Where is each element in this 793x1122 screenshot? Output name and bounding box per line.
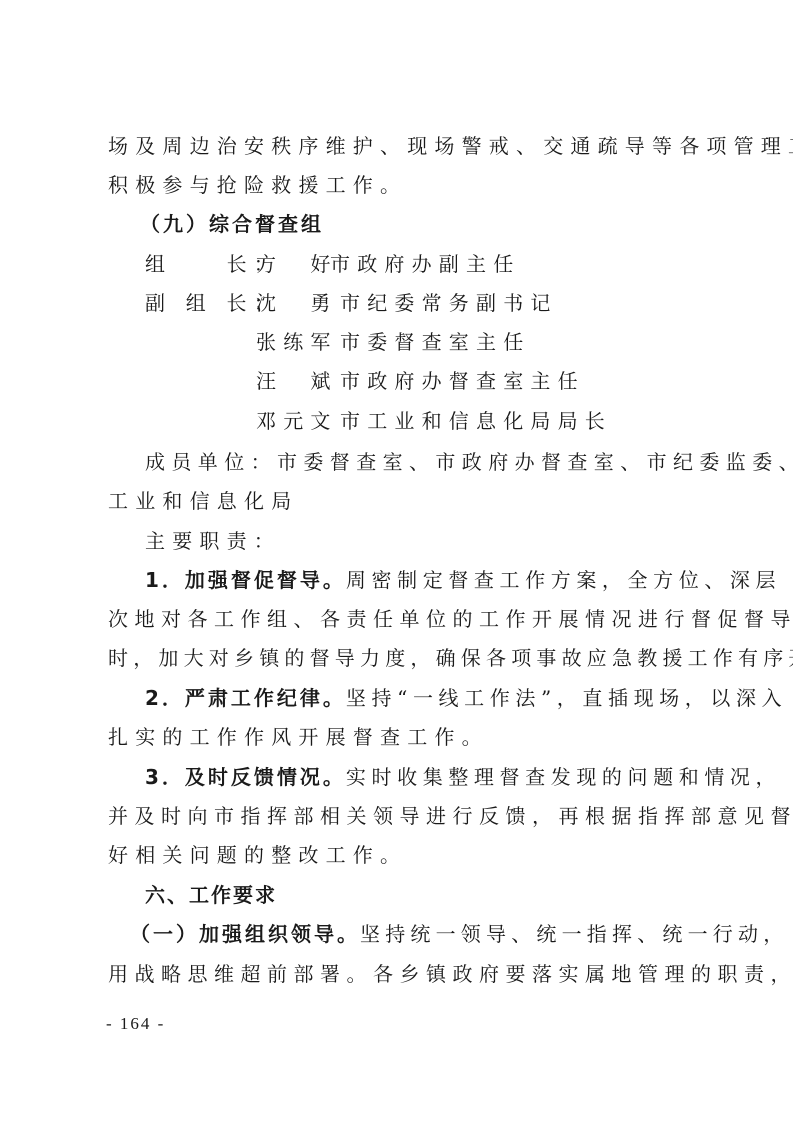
paragraph-line: 积极参与抢险救援工作。 [108,173,688,197]
paragraph-line: 并及时向市指挥部相关领导进行反馈，再根据指挥部意见督促抓 [108,804,688,828]
leader-name: 方 好 [256,252,338,276]
duty-text: 实时收集整理督查发现的问题和情况， [346,765,781,789]
page-number: - 164 - [106,1014,165,1034]
paragraph-line: 场及周边治安秩序维护、现场警戒、交通疏导等各项管理工作； [108,134,688,158]
section-heading-six: 六、工作要求 [145,883,725,907]
requirement-text: 坚持统一领导、统一指挥、统一行动， [360,922,788,946]
deputy-name: 张练军 [256,330,338,354]
paragraph-line: 用战略思维超前部署。各乡镇政府要落实属地管理的职责，制定 [108,962,688,986]
duty-item-2: 2．严肃工作纪律。坚持“一线工作法”，直插现场，以深入 [145,686,725,710]
paragraph-line: 次地对各工作组、各责任单位的工作开展情况进行督促督导。同 [108,607,688,631]
deputy-title: 市政府办督查室主任 [340,369,585,393]
section-heading-nine: （九）综合督查组 [140,212,720,236]
deputy-name: 沈 勇 [256,291,338,315]
paragraph-line: 好相关问题的整改工作。 [108,843,688,867]
paragraph-line: 时，加大对乡镇的督导力度，确保各项事故应急教援工作有序开展。 [108,646,688,670]
leader-title: 市政府办副主任 [330,252,520,276]
deputy-title: 市工业和信息化局局长 [340,409,612,433]
duty-item-3: 3．及时反馈情况。实时收集整理督查发现的问题和情况， [145,765,725,789]
requirement-item-1: （一）加强组织领导。坚持统一领导、统一指挥、统一行动， [130,922,710,946]
duties-label: 主要职责： [145,529,725,553]
requirement-title: （一）加强组织领导。 [130,922,360,946]
duty-title: 1．加强督促督导。 [145,568,346,592]
deputy-title: 市委督查室主任 [340,330,530,354]
duty-text: 周密制定督查工作方案，全方位、深层 [346,568,781,592]
deputy-name: 汪 斌 [256,369,338,393]
duty-item-1: 1．加强督促督导。周密制定督查工作方案，全方位、深层 [145,568,725,592]
document-page: 场及周边治安秩序维护、现场警戒、交通疏导等各项管理工作； 积极参与抢险救援工作。… [0,0,793,1122]
deputy-title: 市纪委常务副书记 [340,291,558,315]
duty-title: 3．及时反馈情况。 [145,765,346,789]
duty-title: 2．严肃工作纪律。 [145,686,346,710]
member-units-line: 成员单位：市委督查室、市政府办督查室、市纪委监委、市 [145,450,725,474]
paragraph-line: 扎实的工作作风开展督查工作。 [108,725,688,749]
deputy-name: 邓元文 [256,409,338,433]
duty-text: 坚持“一线工作法”，直插现场，以深入 [346,686,787,710]
member-units-line: 工业和信息化局 [108,489,688,513]
